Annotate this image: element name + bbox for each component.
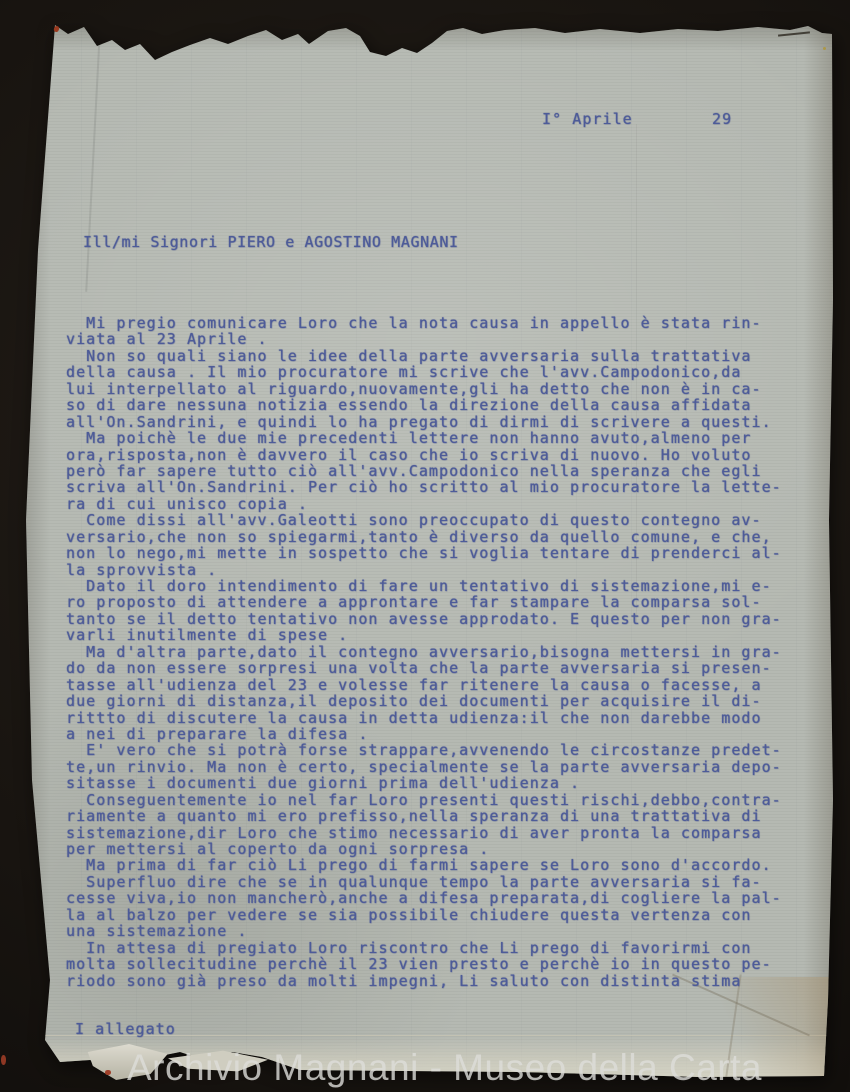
- paper-wrapper: I° Aprile 29 Ill/mi Signori PIERO e AGOS…: [0, 0, 850, 1092]
- archive-watermark: Archivio Magnani - Museo della Carta: [127, 1047, 762, 1089]
- letter-body: Mi pregio comunicare Loro che la nota ca…: [66, 315, 782, 989]
- vertical-crease: [85, 32, 101, 292]
- body-line: cesse viva,io non mancherò,anche a difes…: [66, 890, 782, 906]
- body-line: E' vero che si potrà forse strappare,avv…: [66, 742, 782, 758]
- body-line: In attesa di pregiato Loro riscontro che…: [66, 940, 782, 956]
- body-line: so di dare nessuna notizia essendo la di…: [66, 397, 782, 413]
- body-line: tanto se il detto tentativo non avesse a…: [66, 611, 782, 627]
- body-line: a nei di preparare la difesa .: [66, 726, 782, 742]
- body-line: Mi pregio comunicare Loro che la nota ca…: [66, 315, 782, 331]
- body-line: ra di cui unisco copia .: [66, 496, 782, 512]
- body-line: per mettersi al coperto da ogni sorpresa…: [66, 841, 782, 857]
- body-line: sistemazione,dir Loro che stimo necessar…: [66, 825, 782, 841]
- letter-date: I° Aprile: [542, 110, 633, 128]
- body-line: la sprovvista .: [66, 562, 782, 578]
- body-line: Conseguentemente io nel far Loro present…: [66, 792, 782, 808]
- body-line: varli inutilmente di spese .: [66, 627, 782, 643]
- body-line: tasse all'udienza del 23 e volesse far r…: [66, 677, 782, 693]
- enclosure-note: I allegato: [75, 1020, 176, 1038]
- body-line: ora,risposta,non è davvero il caso che i…: [66, 447, 782, 463]
- body-line: Superfluo dire che se in qualunque tempo…: [66, 874, 782, 890]
- body-line: versario,che non so spiegarmi,tanto è di…: [66, 529, 782, 545]
- salutation: Ill/mi Signori PIERO e AGOSTINO MAGNANI: [83, 233, 459, 251]
- body-line: Ma d'altra parte,dato il contegno avvers…: [66, 644, 782, 660]
- body-line: due giorni di distanza,il deposito dei d…: [66, 693, 782, 709]
- body-line: una sistemazione .: [66, 923, 782, 939]
- body-line: rittto di discutere la causa in detta ud…: [66, 710, 782, 726]
- body-line: della causa . Il mio procuratore mi scri…: [66, 364, 782, 380]
- body-line: viata al 23 Aprile .: [66, 331, 782, 347]
- letter-year: 29: [712, 110, 732, 128]
- body-line: lui interpellato al riguardo,nuovamente,…: [66, 381, 782, 397]
- body-line: do da non essere sorpresi una volta che …: [66, 660, 782, 676]
- body-line: riamente a quanto mi ero prefisso,nella …: [66, 808, 782, 824]
- body-line: te,un rinvio. Ma non è certo, specialmen…: [66, 759, 782, 775]
- body-line: scriva all'On.Sandrini. Per ciò ho scrit…: [66, 479, 782, 495]
- body-line: riodo sono già preso da molti impegni, L…: [66, 973, 782, 989]
- body-line: Ma prima di far ciò Li prego di farmi sa…: [66, 857, 782, 873]
- corner-fold-line: [778, 31, 810, 36]
- red-speck: [105, 1070, 111, 1075]
- body-line: all'On.Sandrini, e quindi lo ha pregato …: [66, 414, 782, 430]
- letter-page: I° Aprile 29 Ill/mi Signori PIERO e AGOS…: [26, 24, 836, 1082]
- paper-speck: [823, 47, 826, 50]
- body-line: sitasse i documenti due giorni prima del…: [66, 775, 782, 791]
- body-line: Dato il doro intendimento di fare un ten…: [66, 578, 782, 594]
- red-speck: [1, 1055, 6, 1065]
- scanned-letter: I° Aprile 29 Ill/mi Signori PIERO e AGOS…: [0, 0, 850, 1092]
- body-line: ro proposto di attendere a approntare e …: [66, 594, 782, 610]
- body-line: però far sapere tutto ciò all'avv.Campod…: [66, 463, 782, 479]
- body-line: molta sollecitudine perchè il 23 vien pr…: [66, 956, 782, 972]
- body-line: non lo nego,mi mette in sospetto che si …: [66, 545, 782, 561]
- body-line: la al balzo per vedere se sia possibile …: [66, 907, 782, 923]
- body-line: Non so quali siano le idee della parte a…: [66, 348, 782, 364]
- body-line: Ma poichè le due mie precedenti lettere …: [66, 430, 782, 446]
- body-line: Come dissi all'avv.Galeotti sono preoccu…: [66, 512, 782, 528]
